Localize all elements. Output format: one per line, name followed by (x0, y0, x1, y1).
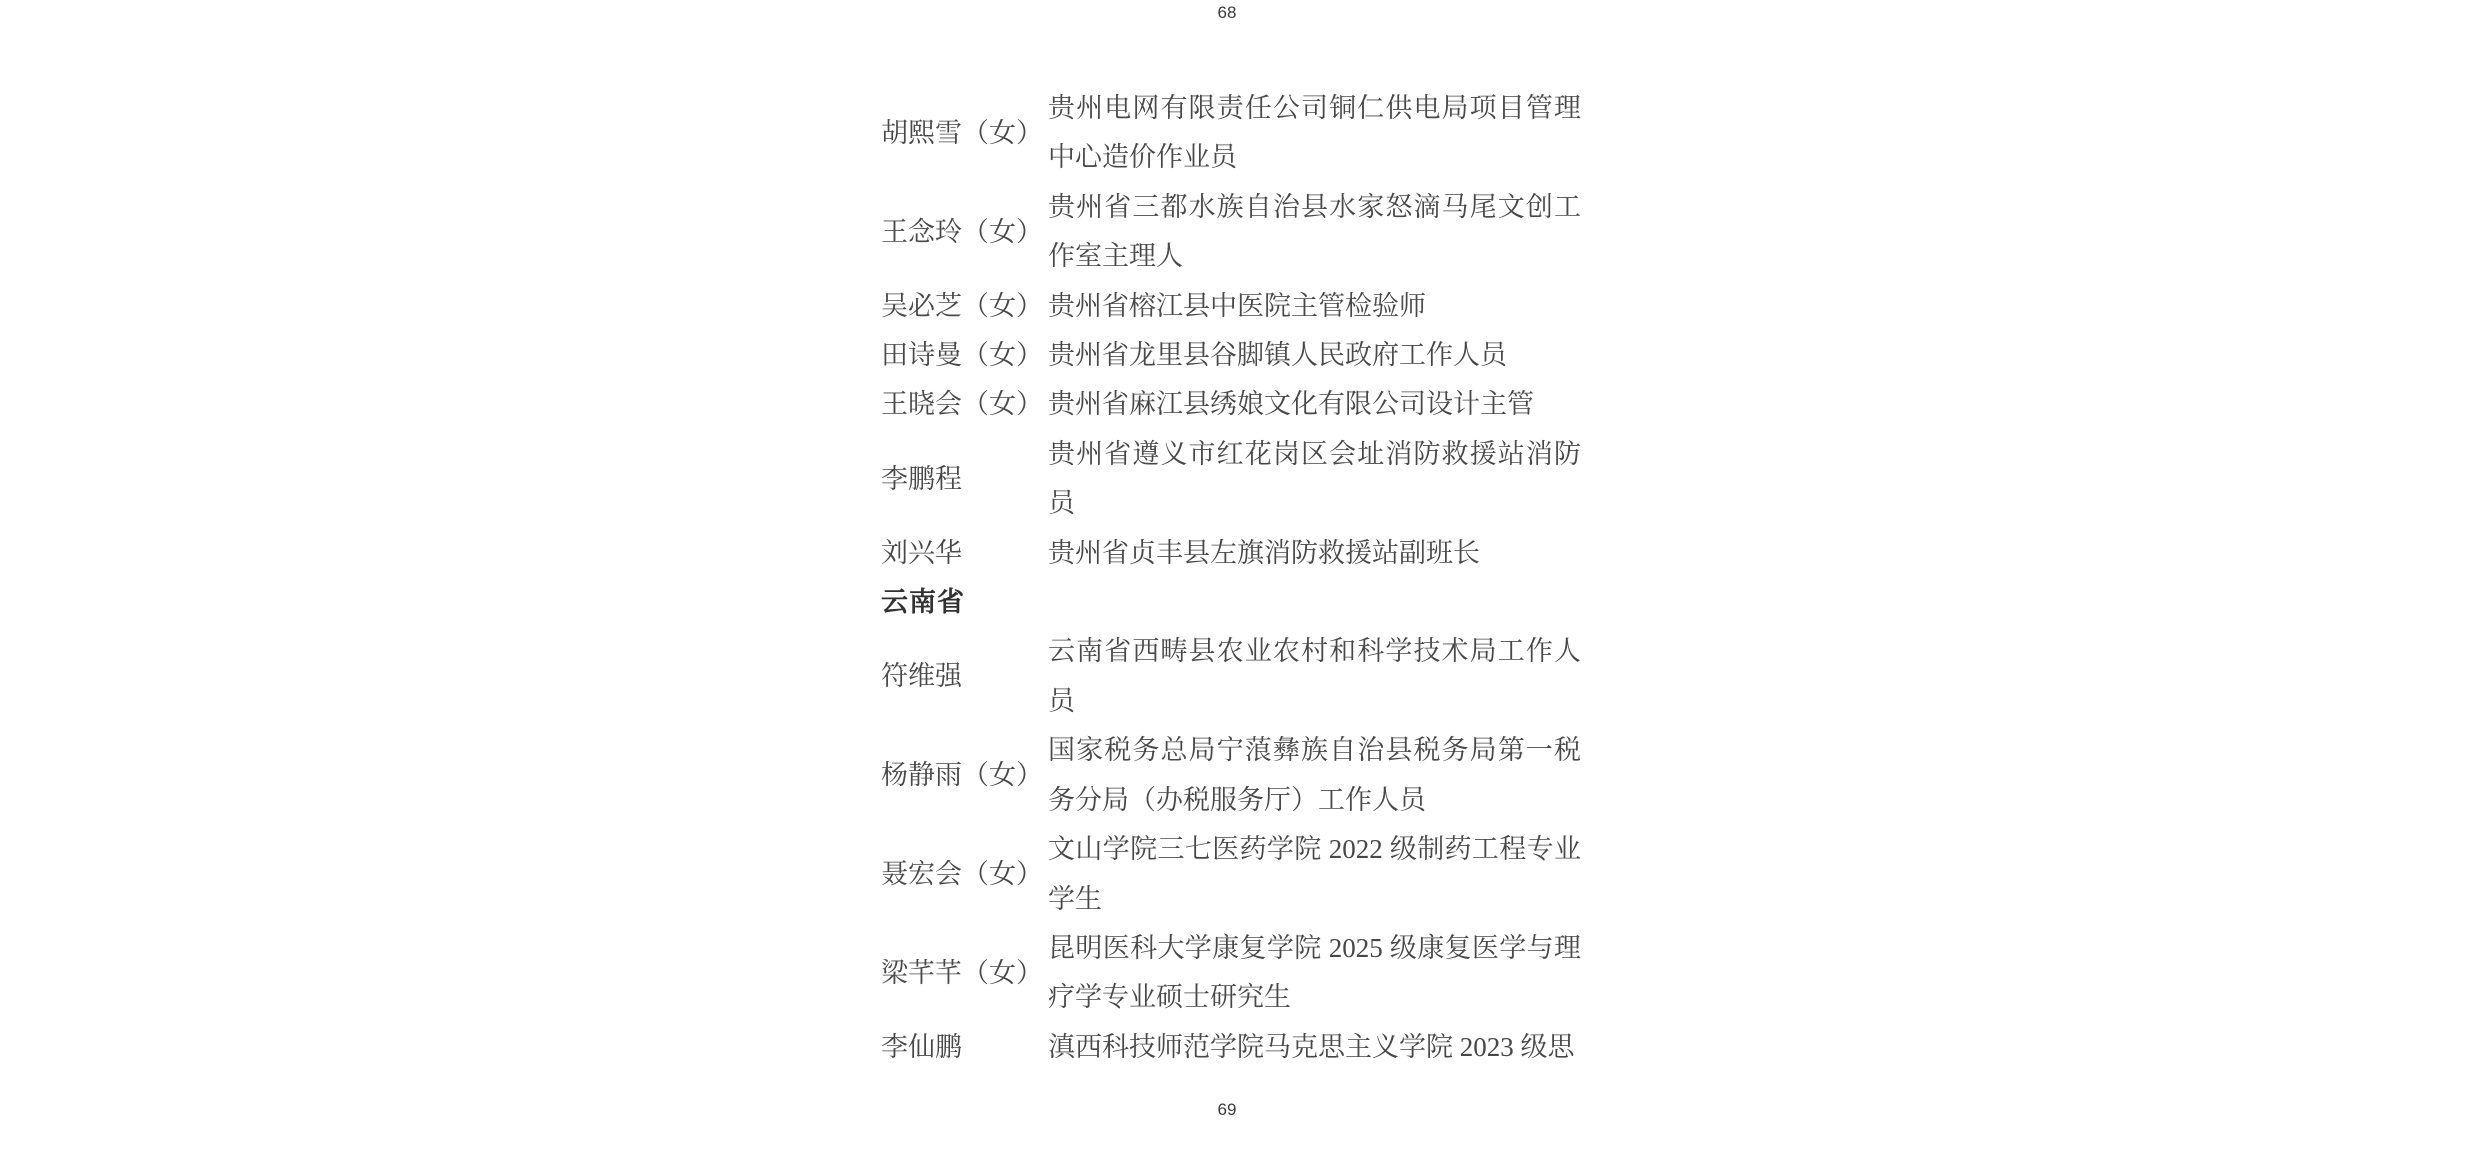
list-item: 田诗曼（女） 贵州省龙里县谷脚镇人民政府工作人员 (881, 331, 1581, 380)
entry-affiliation: 滇西科技师范学院马克思主义学院 2023 级思 (1048, 1023, 1581, 1072)
entry-name: 田诗曼（女） (881, 331, 1048, 380)
list-item: 王晓会（女） 贵州省麻江县绣娘文化有限公司设计主管 (881, 380, 1581, 429)
entry-affiliation: 云南省西畴县农业农村和科学技术局工作人员 (1048, 627, 1581, 726)
entry-affiliation: 贵州省遵义市红花岗区会址消防救援站消防员 (1048, 430, 1581, 529)
document-page: 68 胡熙雪（女） 贵州电网有限责任公司铜仁供电局项目管理中心造价作业员 王念玲… (0, 0, 2470, 1155)
list-item: 梁芊芊（女） 昆明医科大学康复学院 2025 级康复医学与理疗学专业硕士研究生 (881, 924, 1581, 1023)
list-item: 王念玲（女） 贵州省三都水族自治县水家怒滴马尾文创工作室主理人 (881, 183, 1581, 282)
entry-affiliation: 文山学院三七医药学院 2022 级制药工程专业学生 (1048, 825, 1581, 924)
entry-name: 杨静雨（女） (881, 751, 1048, 800)
entry-name: 胡熙雪（女） (881, 109, 1048, 158)
entry-affiliation: 贵州省贞丰县左旗消防救援站副班长 (1048, 529, 1581, 578)
entry-name: 聂宏会（女） (881, 850, 1048, 899)
award-list: 胡熙雪（女） 贵州电网有限责任公司铜仁供电局项目管理中心造价作业员 王念玲（女）… (881, 84, 1581, 1072)
entry-affiliation: 贵州省榕江县中医院主管检验师 (1048, 282, 1581, 331)
entry-affiliation: 昆明医科大学康复学院 2025 级康复医学与理疗学专业硕士研究生 (1048, 924, 1581, 1023)
section-heading: 云南省 (881, 578, 1581, 627)
list-item: 杨静雨（女） 国家税务总局宁蒗彝族自治县税务局第一税务分局（办税服务厅）工作人员 (881, 726, 1581, 825)
page-number-header: 68 (0, 3, 2454, 23)
entry-name: 吴必芝（女） (881, 282, 1048, 331)
entry-name: 符维强 (881, 652, 1048, 701)
entry-affiliation: 贵州省麻江县绣娘文化有限公司设计主管 (1048, 380, 1581, 429)
entry-affiliation: 贵州省三都水族自治县水家怒滴马尾文创工作室主理人 (1048, 183, 1581, 282)
list-item: 聂宏会（女） 文山学院三七医药学院 2022 级制药工程专业学生 (881, 825, 1581, 924)
entry-name: 李鹏程 (881, 455, 1048, 504)
list-item: 符维强 云南省西畴县农业农村和科学技术局工作人员 (881, 627, 1581, 726)
entry-affiliation: 国家税务总局宁蒗彝族自治县税务局第一税务分局（办税服务厅）工作人员 (1048, 726, 1581, 825)
entry-affiliation: 贵州电网有限责任公司铜仁供电局项目管理中心造价作业员 (1048, 84, 1581, 183)
list-item: 胡熙雪（女） 贵州电网有限责任公司铜仁供电局项目管理中心造价作业员 (881, 84, 1581, 183)
entry-affiliation: 贵州省龙里县谷脚镇人民政府工作人员 (1048, 331, 1581, 380)
list-item: 吴必芝（女） 贵州省榕江县中医院主管检验师 (881, 282, 1581, 331)
entry-name: 王晓会（女） (881, 380, 1048, 429)
entry-name: 李仙鹏 (881, 1023, 1048, 1072)
list-item: 刘兴华 贵州省贞丰县左旗消防救援站副班长 (881, 529, 1581, 578)
entry-name: 梁芊芊（女） (881, 949, 1048, 998)
entry-name: 王念玲（女） (881, 208, 1048, 257)
list-item: 李仙鹏 滇西科技师范学院马克思主义学院 2023 级思 (881, 1023, 1581, 1072)
list-item: 李鹏程 贵州省遵义市红花岗区会址消防救援站消防员 (881, 430, 1581, 529)
page-number-footer: 69 (0, 1100, 2454, 1120)
entry-name: 刘兴华 (881, 529, 1048, 578)
